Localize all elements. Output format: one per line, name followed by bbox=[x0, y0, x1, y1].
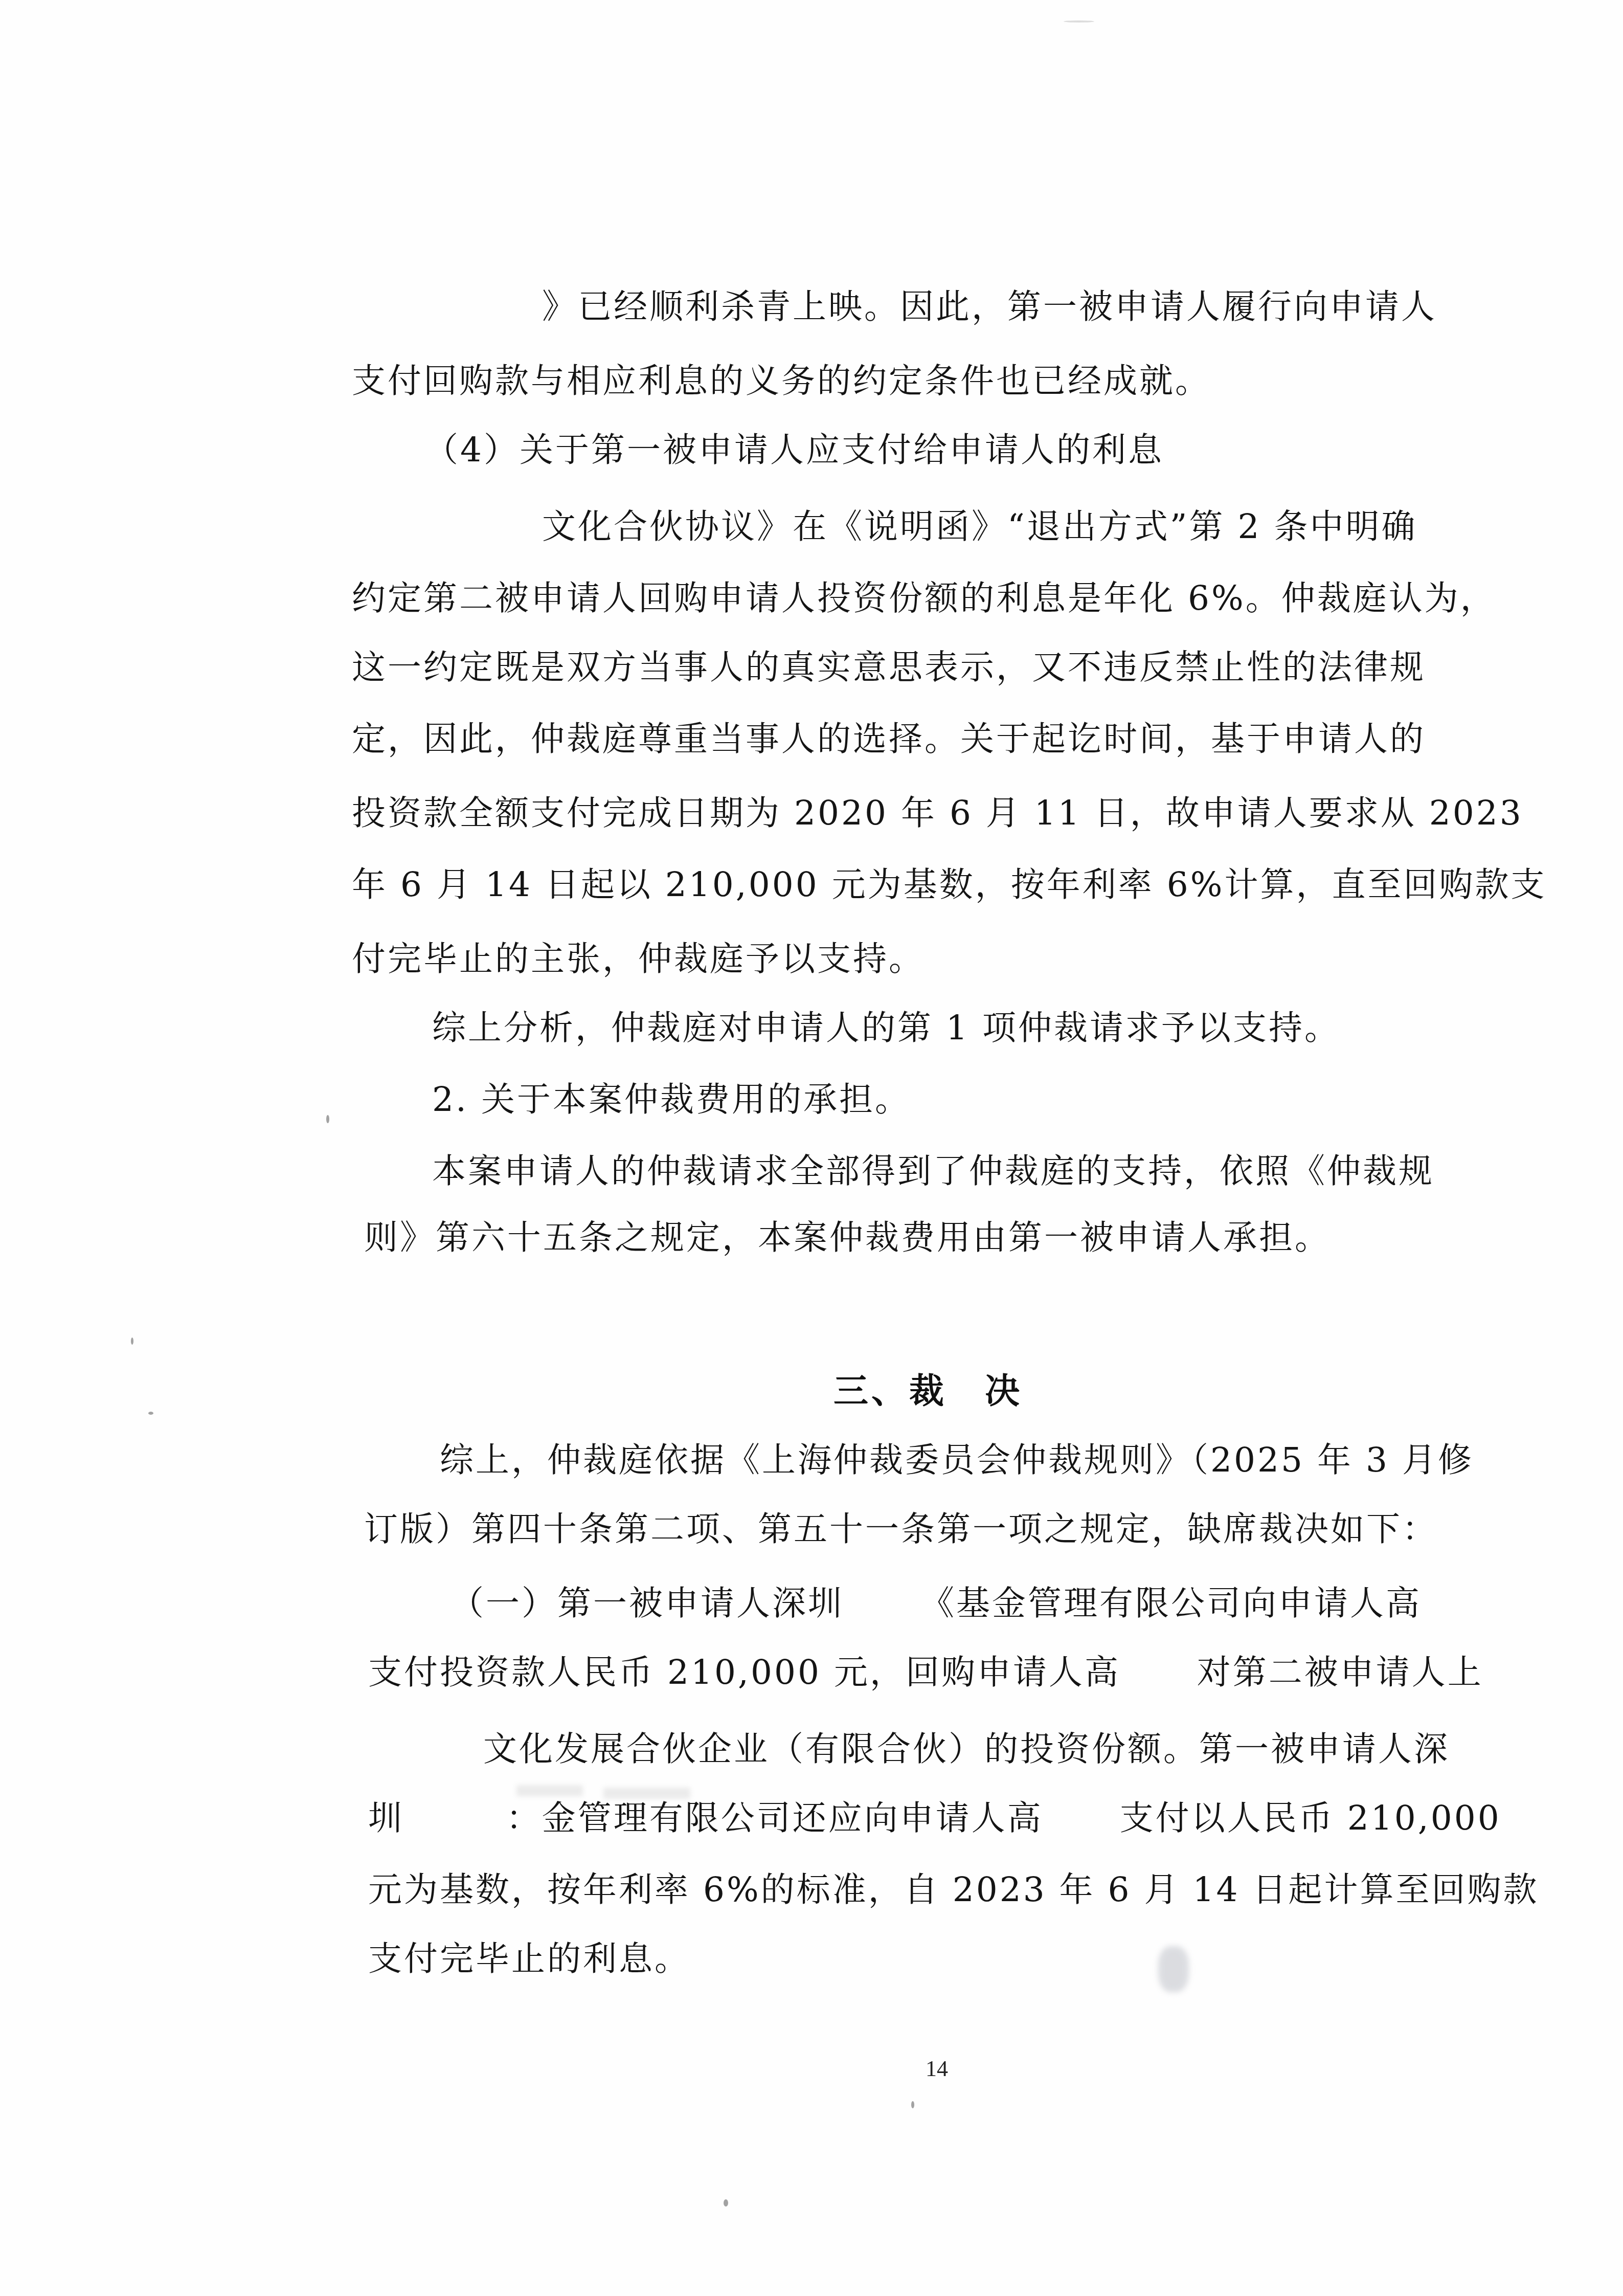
scan-speck bbox=[326, 1115, 329, 1123]
scan-speck bbox=[148, 1412, 153, 1415]
text-line-award-basis: 综上，仲裁庭依据《上海仲裁委员会仲裁规则》（2025 年 3 月修 bbox=[440, 1440, 1474, 1481]
scan-smudge bbox=[1158, 1946, 1189, 1992]
scan-speck bbox=[1064, 20, 1094, 23]
scanned-document-page: 》已经顺利杀青上映。因此，第一被申请人履行向申请人 支付回购款与相应利息的义务的… bbox=[0, 0, 1623, 2296]
scan-speck bbox=[131, 1338, 133, 1345]
award-item-1-line-2: 支付投资款人民币 210,000 元，回购申请人高 对第二被申请人上 bbox=[368, 1652, 1483, 1693]
scan-speck bbox=[911, 2101, 914, 2108]
text-line-respect-choice: 定，因此，仲裁庭尊重当事人的选择。关于起讫时间，基于申请人的 bbox=[352, 719, 1426, 760]
text-line-condition-fulfilled: 支付回购款与相应利息的义务的约定条件也已经成就。 bbox=[352, 361, 1211, 402]
award-item-1-line-1: （一）第一被申请人深圳 《基金管理有限公司向申请人高 bbox=[450, 1583, 1422, 1624]
section-heading-award: 三、裁 决 bbox=[833, 1371, 1023, 1412]
award-item-1-line-4: 圳 ：金管理有限公司还应向申请人高 支付以人民币 210,000 bbox=[368, 1798, 1501, 1839]
text-line-continuation-release: 》已经顺利杀青上映。因此，第一被申请人履行向申请人 bbox=[542, 286, 1437, 327]
subsection-heading-interest: （4）关于第一被申请人应支付给申请人的利息 bbox=[424, 430, 1164, 471]
text-line-payment-date: 投资款全额支付完成日期为 2020 年 6 月 11 日，故申请人要求从 202… bbox=[352, 793, 1523, 834]
text-line-default-award: 订版）第四十条第二项、第五十一条第一项之规定，缺席裁决如下： bbox=[364, 1509, 1438, 1550]
redaction-residue-right bbox=[603, 1788, 690, 1799]
redaction-residue-left bbox=[516, 1785, 583, 1796]
text-line-interest-rate: 约定第二被申请人回购申请人投资份额的利息是年化 6%。仲裁庭认为， bbox=[352, 578, 1496, 619]
award-item-1-line-6: 支付完毕止的利息。 bbox=[368, 1938, 690, 1979]
subsection-heading-fees: 2. 关于本案仲裁费用的承担。 bbox=[432, 1079, 911, 1120]
text-line-fees-borne: 则》第六十五条之规定，本案仲裁费用由第一被申请人承担。 bbox=[364, 1217, 1331, 1258]
text-line-interest-basis: 年 6 月 14 日起以 210,000 元为基数，按年利率 6%计算，直至回购… bbox=[352, 864, 1546, 905]
text-line-true-intent: 这一约定既是双方当事人的真实意思表示，又不违反禁止性的法律规 bbox=[352, 647, 1426, 688]
text-line-fees-rule: 本案申请人的仲裁请求全部得到了仲裁庭的支持，依照《仲裁规 bbox=[432, 1151, 1434, 1192]
page-number: 14 bbox=[926, 2056, 948, 2082]
award-item-1-line-5: 元为基数，按年利率 6%的标准，自 2023 年 6 月 14 日起计算至回购款 bbox=[368, 1869, 1539, 1910]
scan-speck bbox=[724, 2199, 728, 2206]
text-line-agreement-reference: 文化合伙协议》在《说明函》“退出方式”第 2 条中明确 bbox=[542, 506, 1417, 547]
award-item-1-line-3: 文化发展合伙企业（有限合伙）的投资份额。第一被申请人深 bbox=[483, 1729, 1450, 1770]
text-line-summary-claim-1: 综上分析，仲裁庭对申请人的第 1 项仲裁请求予以支持。 bbox=[432, 1008, 1340, 1049]
text-line-claim-supported: 付完毕止的主张，仲裁庭予以支持。 bbox=[352, 939, 925, 979]
